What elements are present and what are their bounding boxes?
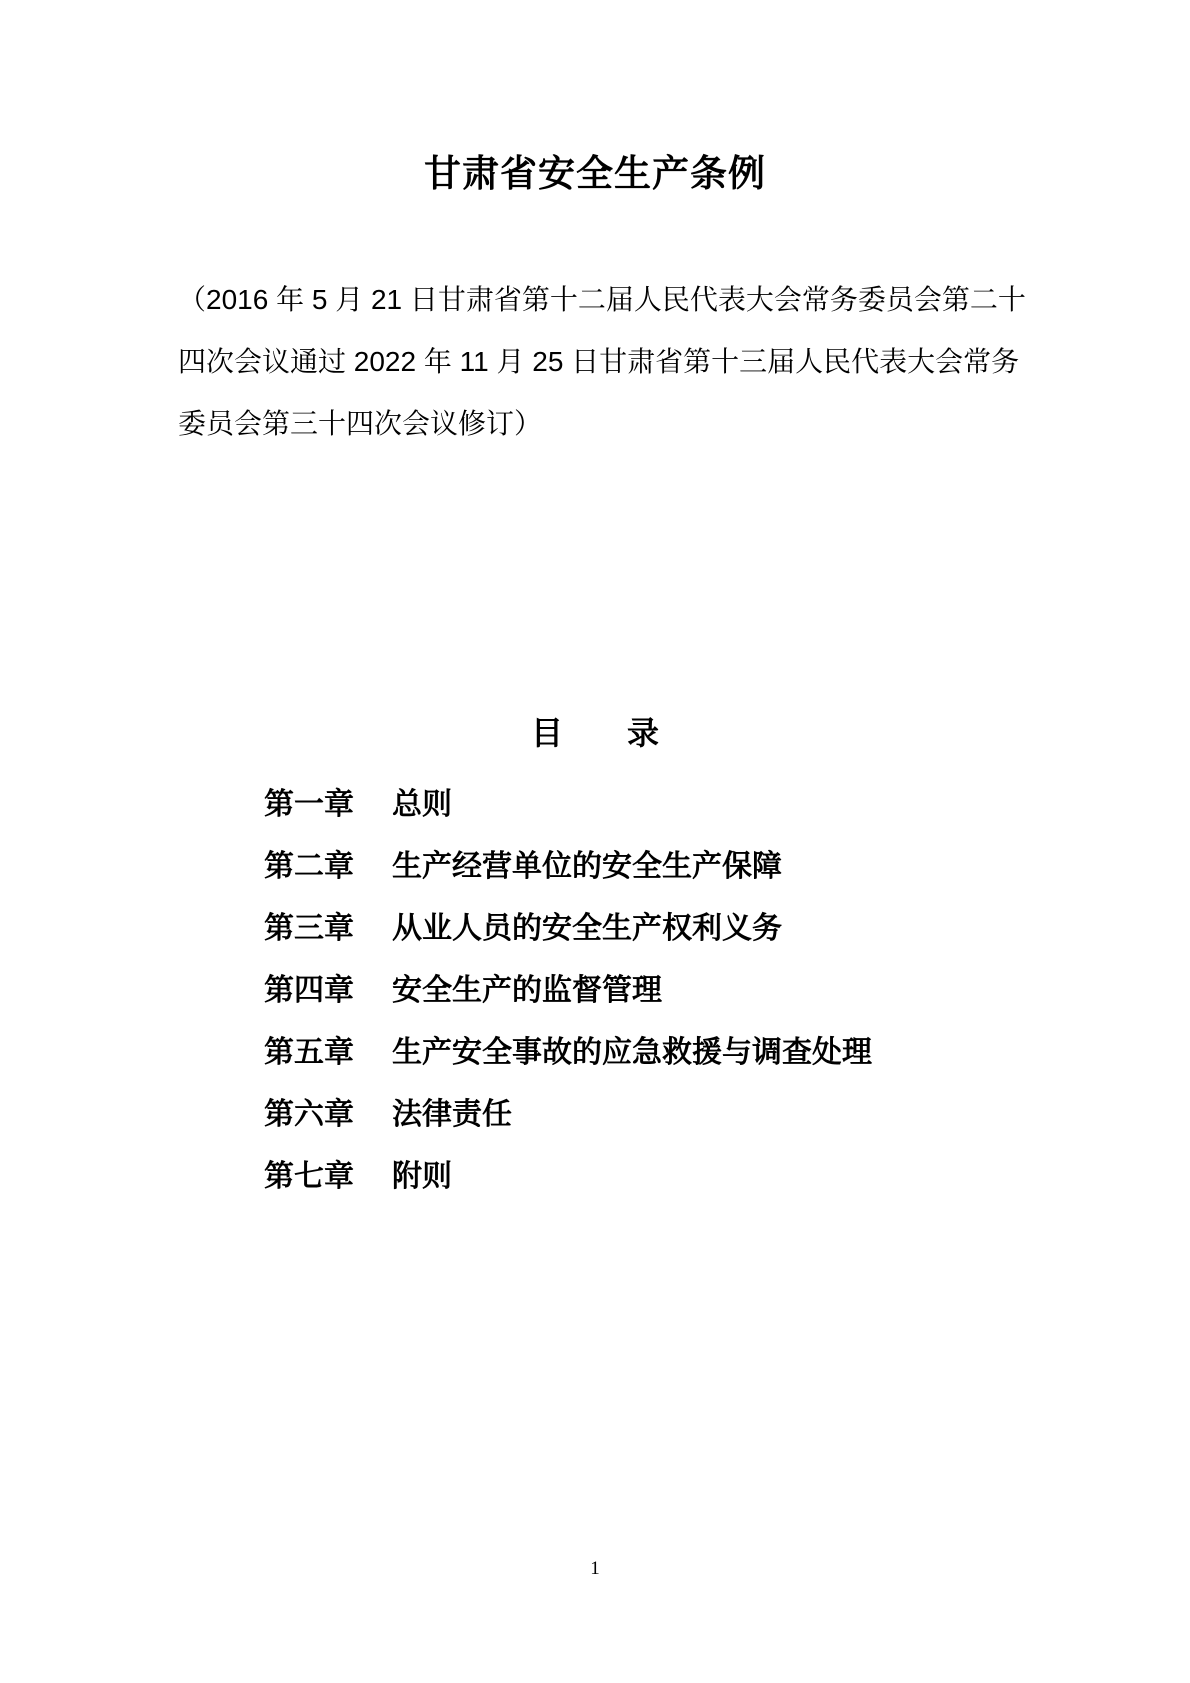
toc-chapter-title: 生产安全事故的应急救援与调查处理 [392,1027,872,1071]
toc-entry-chapter-2: 第二章 生产经营单位的安全生产保障 [264,832,872,894]
preamble: （2016 年 5 月 21 日甘肃省第十二届人民代表大会常务委员会第二十 四次… [178,269,1038,455]
toc-chapter-label: 第五章 [264,1027,354,1071]
toc-entry-chapter-3: 第三章 从业人员的安全生产权利义务 [264,894,872,956]
document-page: 甘肃省安全生产条例 （2016 年 5 月 21 日甘肃省第十二届人民代表大会常… [0,0,1190,1683]
toc-chapter-label: 第二章 [264,841,354,885]
toc-heading: 目 录 [0,702,1190,764]
preamble-line-1: （2016 年 5 月 21 日甘肃省第十二届人民代表大会常务委员会第二十 [178,269,1038,331]
toc-entry-chapter-5: 第五章 生产安全事故的应急救援与调查处理 [264,1018,872,1080]
preamble-line-3: 委员会第三十四次会议修订） [178,393,1038,455]
preamble-line-2: 四次会议通过 2022 年 11 月 25 日甘肃省第十三届人民代表大会常务 [178,331,1038,393]
toc-chapter-title: 法律责任 [392,1089,512,1133]
toc-chapter-title: 生产经营单位的安全生产保障 [392,841,782,885]
toc-entry-chapter-1: 第一章 总则 [264,770,872,832]
document-title: 甘肃省安全生产条例 [0,150,1190,200]
toc-chapter-title: 安全生产的监督管理 [392,965,662,1009]
toc-chapter-label: 第三章 [264,903,354,947]
toc-entry-chapter-6: 第六章 法律责任 [264,1080,872,1142]
toc-chapter-title: 附则 [392,1151,452,1195]
toc-chapter-title: 从业人员的安全生产权利义务 [392,903,782,947]
toc-chapter-label: 第四章 [264,965,354,1009]
toc-chapter-title: 总则 [392,779,452,823]
toc-entry-chapter-4: 第四章 安全生产的监督管理 [264,956,872,1018]
toc-chapter-label: 第一章 [264,779,354,823]
toc-chapter-label: 第七章 [264,1151,354,1195]
page-number: 1 [0,1556,1190,1582]
toc-entry-chapter-7: 第七章 附则 [264,1142,872,1204]
toc-list: 第一章 总则 第二章 生产经营单位的安全生产保障 第三章 从业人员的安全生产权利… [264,770,872,1204]
toc-chapter-label: 第六章 [264,1089,354,1133]
